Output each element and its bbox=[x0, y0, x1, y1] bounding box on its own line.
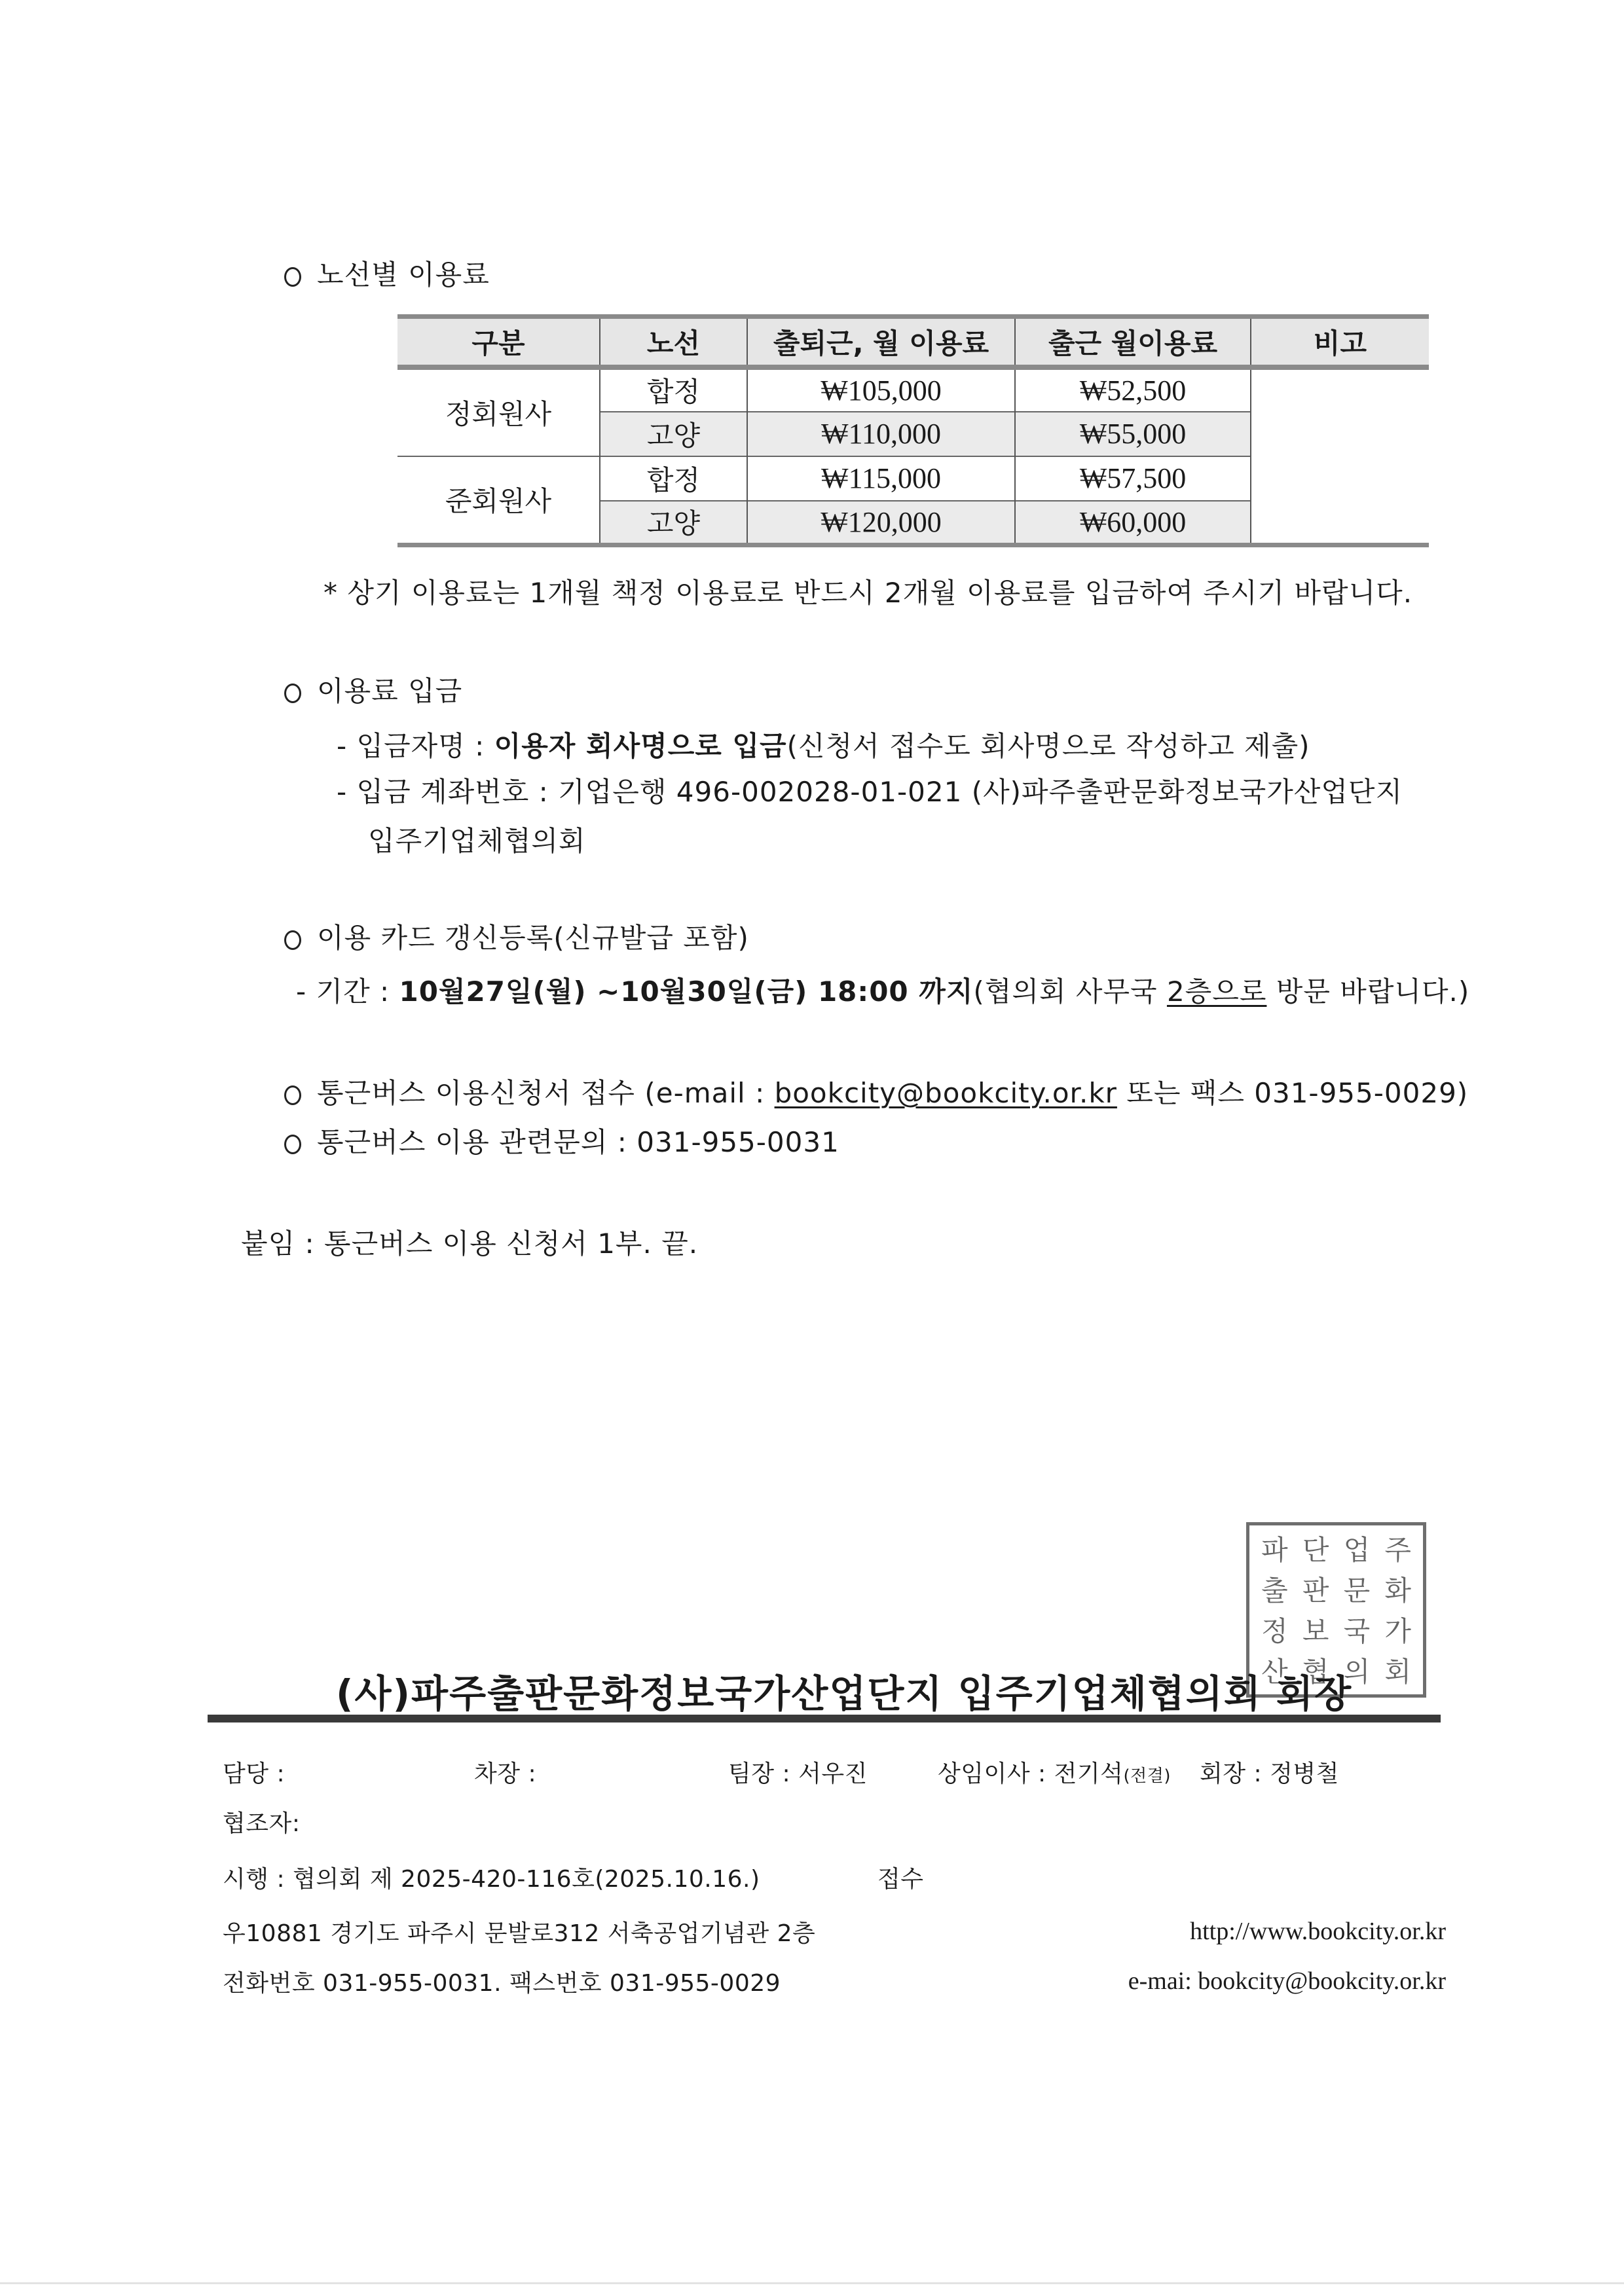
period-note-end: 방문 바랍니다.) bbox=[1266, 975, 1469, 1008]
application-prefix: 통근버스 이용신청서 접수 (e-mail : bbox=[317, 1077, 775, 1109]
sender-title: (사)파주출판문화정보국가산업단지 입주기업체협의회 회장 bbox=[336, 1663, 1352, 1718]
period-floor: 2층으로 bbox=[1167, 975, 1266, 1008]
circle-bullet-icon bbox=[284, 1085, 301, 1105]
approval-president: 회장 : 정병철 bbox=[1200, 1760, 1339, 1789]
account-line: - 입금 계좌번호 : 기업은행 496-002028-01-021 (사)파주… bbox=[337, 775, 1403, 809]
approval-team-lead: 팀장 : 서우진 bbox=[728, 1760, 868, 1789]
director-name: 상임이사 : 전기석 bbox=[938, 1760, 1123, 1787]
seal-char: 파 bbox=[1255, 1531, 1295, 1570]
commute-fee-cell: ₩105,000 bbox=[747, 367, 1015, 412]
fee-note: * 상기 이용료는 1개월 책정 이용료로 반드시 2개월 이용료를 입금하여 … bbox=[323, 576, 1412, 610]
attachment-line: 붙임 : 통근버스 이용 신청서 1부. 끝. bbox=[241, 1227, 698, 1261]
cooperator: 협조자: bbox=[223, 1810, 300, 1838]
depositor-note: (신청서 접수도 회사명으로 작성하고 제출) bbox=[787, 730, 1310, 762]
circle-bullet-icon bbox=[284, 930, 301, 950]
application-email-link[interactable]: bookcity@bookcity.or.kr bbox=[775, 1077, 1117, 1109]
category-cell: 정회원사 bbox=[397, 367, 600, 456]
col-header-category: 구분 bbox=[397, 317, 600, 367]
seal-char: 출 bbox=[1255, 1571, 1295, 1611]
depositor-line: - 입금자명 : 이용자 회사명으로 입금(신청서 접수도 회사명으로 작성하고… bbox=[337, 729, 1310, 763]
application-line: 통근버스 이용신청서 접수 (e-mail : bookcity@bookcit… bbox=[284, 1076, 1468, 1110]
morning-fee-cell: ₩60,000 bbox=[1015, 501, 1251, 545]
approval-director: 상임이사 : 전기석(전결) bbox=[938, 1760, 1171, 1791]
category-cell: 준회원사 bbox=[397, 456, 600, 545]
seal-char: 주 bbox=[1378, 1531, 1418, 1570]
col-header-commute-fee: 출퇴근, 월 이용료 bbox=[747, 317, 1015, 367]
card-heading-text: 이용 카드 갱신등록(신규발급 포함) bbox=[317, 922, 749, 954]
payment-heading-text: 이용료 입금 bbox=[317, 675, 462, 707]
fees-heading-text: 노선별 이용료 bbox=[317, 259, 490, 291]
scan-edge-line bbox=[0, 2282, 1624, 2284]
col-header-morning-fee: 출근 월이용료 bbox=[1015, 317, 1251, 367]
fees-heading: 노선별 이용료 bbox=[284, 258, 490, 292]
address: 우10881 경기도 파주시 문발로312 서축공업기념관 2층 bbox=[223, 1920, 815, 1948]
seal-char: 국 bbox=[1337, 1612, 1377, 1651]
depositor-label: - 입금자명 : bbox=[337, 730, 494, 762]
period-dates: 10월27일(월) ~10월30일(금) 18:00 까지 bbox=[399, 975, 974, 1008]
receipt-label: 접수 bbox=[877, 1865, 924, 1894]
morning-fee-cell: ₩57,500 bbox=[1015, 456, 1251, 501]
seal-char: 문 bbox=[1337, 1571, 1377, 1611]
seal-char: 정 bbox=[1255, 1612, 1295, 1651]
phone-fax: 전화번호 031-955-0031. 팩스번호 031-955-0029 bbox=[223, 1969, 781, 1998]
route-cell: 고양 bbox=[600, 501, 747, 545]
morning-fee-cell: ₩55,000 bbox=[1015, 412, 1251, 456]
col-header-route: 노선 bbox=[600, 317, 747, 367]
approval-deputy: 차장 : bbox=[474, 1760, 536, 1789]
remark-cell bbox=[1251, 367, 1429, 545]
table-header-row: 구분 노선 출퇴근, 월 이용료 출근 월이용료 비고 bbox=[397, 317, 1429, 367]
account-holder-line: 입주기업체협의회 bbox=[368, 824, 586, 858]
website-link[interactable]: http://www.bookcity.or.kr bbox=[1190, 1917, 1446, 1946]
commute-fee-cell: ₩110,000 bbox=[747, 412, 1015, 456]
card-heading: 이용 카드 갱신등록(신규발급 포함) bbox=[284, 921, 749, 955]
seal-char: 업 bbox=[1337, 1531, 1377, 1570]
route-cell: 고양 bbox=[600, 412, 747, 456]
commute-fee-cell: ₩115,000 bbox=[747, 456, 1015, 501]
inquiry-line: 통근버스 이용 관련문의 : 031-955-0031 bbox=[284, 1125, 840, 1159]
commute-fee-cell: ₩120,000 bbox=[747, 501, 1015, 545]
seal-char: 가 bbox=[1378, 1612, 1418, 1651]
circle-bullet-icon bbox=[284, 683, 301, 703]
seal-char: 보 bbox=[1296, 1612, 1336, 1651]
seal-char: 판 bbox=[1296, 1571, 1336, 1611]
table-row: 정회원사 합정 ₩105,000 ₩52,500 bbox=[397, 367, 1429, 412]
route-cell: 합정 bbox=[600, 456, 747, 501]
seal-char: 단 bbox=[1296, 1531, 1336, 1570]
approval-staff: 담당 : bbox=[223, 1760, 285, 1789]
application-suffix: 또는 팩스 031-955-0029) bbox=[1117, 1077, 1468, 1109]
route-cell: 합정 bbox=[600, 367, 747, 412]
col-header-remark: 비고 bbox=[1251, 317, 1429, 367]
footer-email[interactable]: e-mai: bookcity@bookcity.or.kr bbox=[1128, 1967, 1446, 1995]
circle-bullet-icon bbox=[284, 1135, 301, 1154]
circle-bullet-icon bbox=[284, 267, 301, 287]
morning-fee-cell: ₩52,500 bbox=[1015, 367, 1251, 412]
depositor-instruction: 이용자 회사명으로 입금 bbox=[494, 730, 787, 762]
payment-heading: 이용료 입금 bbox=[284, 674, 462, 708]
card-period-line: - 기간 : 10월27일(월) ~10월30일(금) 18:00 까지(협의회… bbox=[296, 975, 1469, 1009]
seal-char: 회 bbox=[1378, 1652, 1418, 1692]
seal-char: 화 bbox=[1378, 1571, 1418, 1611]
enforcement-number: 시행 : 협의회 제 2025-420-116호(2025.10.16.) bbox=[223, 1865, 760, 1894]
director-delegation-note: (전결) bbox=[1123, 1766, 1171, 1786]
inquiry-text: 통근버스 이용 관련문의 : 031-955-0031 bbox=[317, 1126, 840, 1158]
signature-divider bbox=[208, 1715, 1441, 1722]
period-label: - 기간 : bbox=[296, 975, 399, 1008]
fee-table: 구분 노선 출퇴근, 월 이용료 출근 월이용료 비고 정회원사 합정 ₩105… bbox=[397, 314, 1429, 547]
period-note-start: (협의회 사무국 bbox=[973, 975, 1167, 1008]
